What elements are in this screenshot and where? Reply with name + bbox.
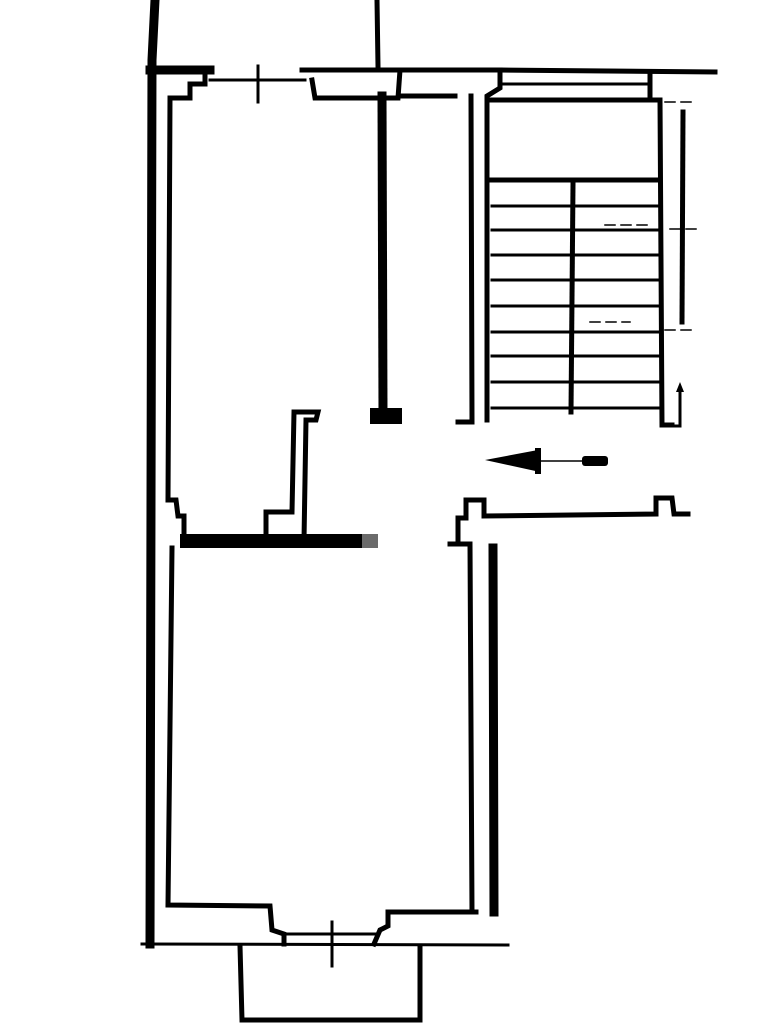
stair-divider bbox=[571, 184, 573, 412]
lower-room-walls bbox=[142, 548, 508, 966]
floor-plan bbox=[0, 0, 768, 1024]
exterior-wall-left bbox=[150, 0, 378, 944]
top-wall bbox=[150, 66, 715, 500]
stair-steps bbox=[492, 206, 660, 408]
corridor-lower-walls bbox=[450, 498, 688, 912]
stair-arrow-icon bbox=[676, 382, 684, 392]
partition-wall bbox=[168, 412, 378, 548]
stair-rail bbox=[682, 112, 683, 322]
corridor-walls bbox=[370, 96, 472, 424]
staircase bbox=[490, 100, 698, 426]
entrance-arrow-icon bbox=[485, 448, 608, 474]
balcony bbox=[240, 946, 420, 1020]
